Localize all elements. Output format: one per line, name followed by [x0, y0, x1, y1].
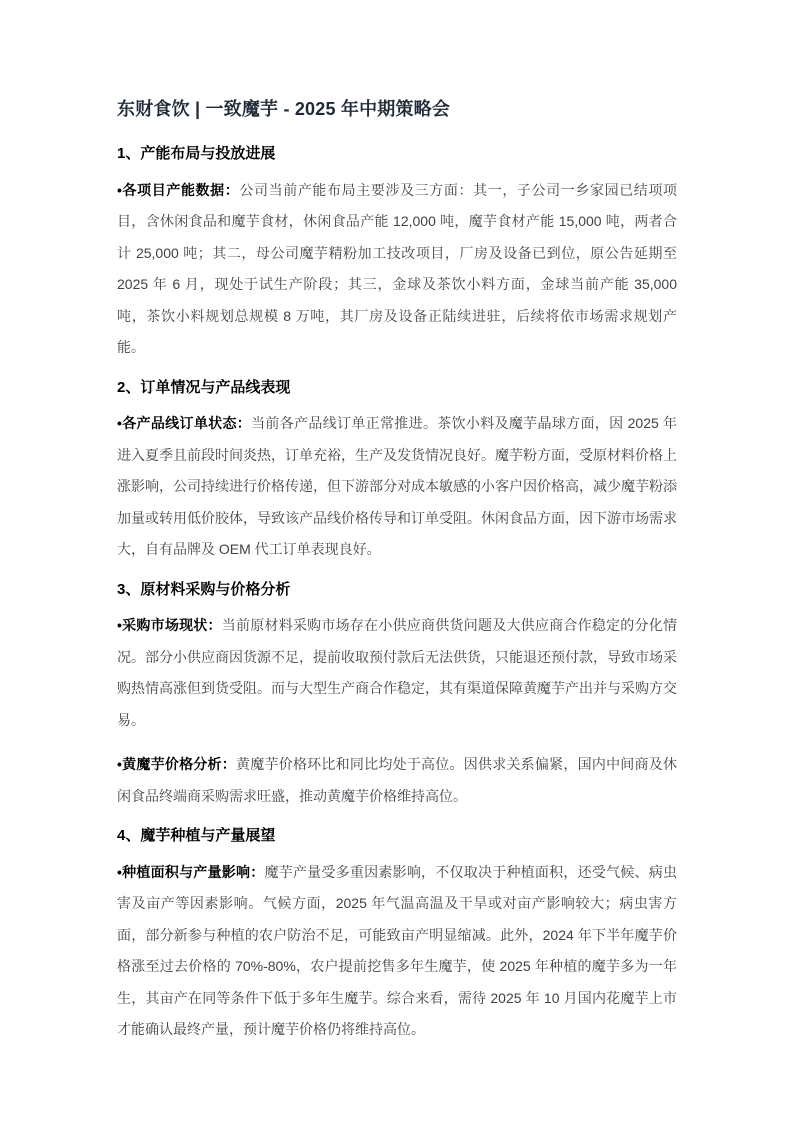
paragraph-lead: 各产品线订单状态： — [122, 415, 251, 431]
paragraph-body: 当前原材料采购市场存在小供应商供货问题及大供应商合作稳定的分化情况。部分小供应商… — [117, 617, 677, 728]
paragraph-lead: 种植面积与产量影响： — [122, 864, 265, 880]
section-orders: 2、订单情况与产品线表现 •各产品线订单状态：当前各产品线订单正常推进。茶饮小料… — [117, 377, 677, 566]
paragraph: •各产品线订单状态：当前各产品线订单正常推进。茶饮小料及魔芋晶球方面，因 202… — [117, 408, 677, 566]
section-heading: 4、魔芋种植与产量展望 — [117, 825, 677, 848]
page-title: 东财食饮 | 一致魔芋 - 2025 年中期策略会 — [117, 96, 677, 123]
section-capacity: 1、产能布局与投放进展 •各项目产能数据：公司当前产能布局主要涉及三方面：其一，… — [117, 143, 677, 364]
paragraph-lead: 黄魔芋价格分析： — [122, 756, 236, 772]
section-heading: 3、原材料采购与价格分析 — [117, 579, 677, 602]
section-heading: 2、订单情况与产品线表现 — [117, 377, 677, 400]
paragraph-lead: 采购市场现状： — [122, 617, 222, 633]
document-page: 东财食饮 | 一致魔芋 - 2025 年中期策略会 1、产能布局与投放进展 •各… — [0, 0, 793, 1122]
paragraph-lead: 各项目产能数据： — [122, 182, 239, 198]
paragraph: •种植面积与产量影响：魔芋产量受多重因素影响，不仅取决于种植面积，还受气候、病虫… — [117, 857, 677, 1046]
section-raw-materials: 3、原材料采购与价格分析 •采购市场现状：当前原材料采购市场存在小供应商供货问题… — [117, 579, 677, 813]
paragraph: •采购市场现状：当前原材料采购市场存在小供应商供货问题及大供应商合作稳定的分化情… — [117, 610, 677, 736]
paragraph-body: 魔芋产量受多重因素影响，不仅取决于种植面积，还受气候、病虫害及亩产等因素影响。气… — [117, 864, 677, 1038]
section-planting-outlook: 4、魔芋种植与产量展望 •种植面积与产量影响：魔芋产量受多重因素影响，不仅取决于… — [117, 825, 677, 1046]
paragraph: •各项目产能数据：公司当前产能布局主要涉及三方面：其一，子公司一乡家园已结项项目… — [117, 175, 677, 364]
paragraph-body: 当前各产品线订单正常推进。茶饮小料及魔芋晶球方面，因 2025 年进入夏季且前段… — [117, 415, 677, 557]
paragraph: •黄魔芋价格分析：黄魔芋价格环比和同比均处于高位。因供求关系偏紧，国内中间商及休… — [117, 749, 677, 812]
paragraph-body: 公司当前产能布局主要涉及三方面：其一，子公司一乡家园已结项项目，含休闲食品和魔芋… — [117, 182, 677, 356]
section-heading: 1、产能布局与投放进展 — [117, 143, 677, 166]
